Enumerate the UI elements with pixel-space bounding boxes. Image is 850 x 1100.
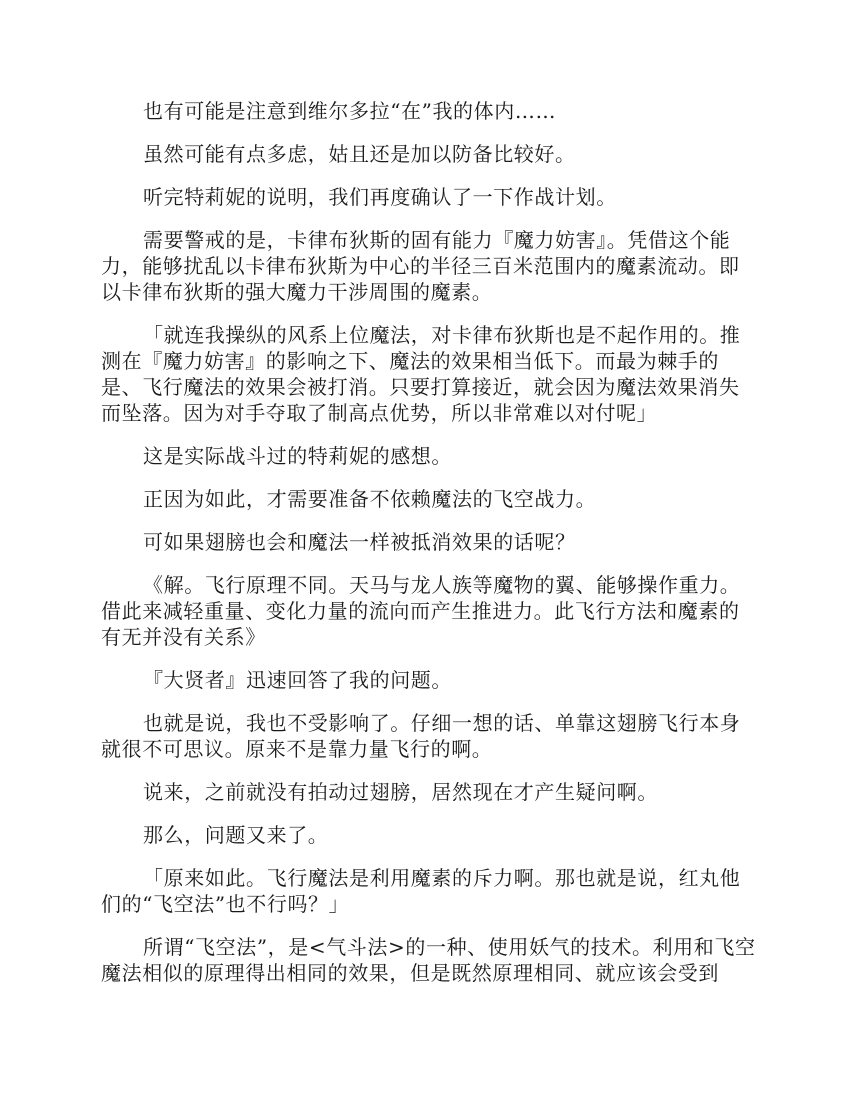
text-line: 也有可能是注意到维尔多拉“在”我的体内…… xyxy=(101,98,751,124)
paragraph: 正因为如此，才需要准备不依赖魔法的飞空战力。 xyxy=(101,486,751,512)
paragraph: 这是实际战斗过的特莉妮的感想。 xyxy=(101,443,751,469)
text-line: 《解。飞行原理不同。天马与龙人族等魔物的翼、能够操作重力。 xyxy=(101,572,751,598)
text-line: 而坠落。因为对手夺取了制高点优势，所以非常难以对付呢」 xyxy=(101,400,751,426)
paragraph: 「就连我操纵的风系上位魔法，对卡律布狄斯也是不起作用的。推 测在『魔力妨害』的影… xyxy=(101,322,751,426)
text-line: 就很不可思议。原来不是靠力量飞行的啊。 xyxy=(101,736,751,762)
text-line: 魔法相似的原理得出相同的效果，但是既然原理相同、就应该会受到 xyxy=(101,960,751,986)
text-line: 也就是说，我也不受影响了。仔细一想的话、单靠这翅膀飞行本身 xyxy=(101,710,751,736)
text-line: 虽然可能有点多虑，姑且还是加以防备比较好。 xyxy=(101,141,751,167)
text-line: 「就连我操纵的风系上位魔法，对卡律布狄斯也是不起作用的。推 xyxy=(101,322,751,348)
text-line: 正因为如此，才需要准备不依赖魔法的飞空战力。 xyxy=(101,486,751,512)
text-line: 需要警戒的是，卡律布狄斯的固有能力『魔力妨害』。凭借这个能 xyxy=(101,227,751,253)
text-line: 们的“飞空法”也不行吗？」 xyxy=(101,891,751,917)
paragraph: 那么，问题又来了。 xyxy=(101,822,751,848)
text-line: 所谓“飞空法”，是<气斗法>的一种、使用妖气的技术。利用和飞空 xyxy=(101,934,751,960)
paragraph: 说来，之前就没有拍动过翅膀，居然现在才产生疑问啊。 xyxy=(101,779,751,805)
paragraph: 《解。飞行原理不同。天马与龙人族等魔物的翼、能够操作重力。 借此来减轻重量、变化… xyxy=(101,572,751,650)
paragraph: 需要警戒的是，卡律布狄斯的固有能力『魔力妨害』。凭借这个能 力，能够扰乱以卡律布… xyxy=(101,227,751,305)
text-line: 测在『魔力妨害』的影响之下、魔法的效果相当低下。而最为棘手的 xyxy=(101,348,751,374)
text-line: 力，能够扰乱以卡律布狄斯为中心的半径三百米范围内的魔素流动。即 xyxy=(101,253,751,279)
paragraph: 也有可能是注意到维尔多拉“在”我的体内…… xyxy=(101,98,751,124)
text-line: 说来，之前就没有拍动过翅膀，居然现在才产生疑问啊。 xyxy=(101,779,751,805)
text-line: 听完特莉妮的说明，我们再度确认了一下作战计划。 xyxy=(101,184,751,210)
text-line: 这是实际战斗过的特莉妮的感想。 xyxy=(101,443,751,469)
paragraph: 可如果翅膀也会和魔法一样被抵消效果的话呢？ xyxy=(101,529,751,555)
paragraph: 也就是说，我也不受影响了。仔细一想的话、单靠这翅膀飞行本身 就很不可思议。原来不… xyxy=(101,710,751,762)
paragraph: 『大贤者』迅速回答了我的问题。 xyxy=(101,667,751,693)
text-line: 以卡律布狄斯的强大魔力干涉周围的魔素。 xyxy=(101,279,751,305)
paragraph: 虽然可能有点多虑，姑且还是加以防备比较好。 xyxy=(101,141,751,167)
paragraph: 听完特莉妮的说明，我们再度确认了一下作战计划。 xyxy=(101,184,751,210)
paragraph: 所谓“飞空法”，是<气斗法>的一种、使用妖气的技术。利用和飞空 魔法相似的原理得… xyxy=(101,934,751,986)
text-line: 有无并没有关系》 xyxy=(101,624,751,650)
text-line: 「原来如此。飞行魔法是利用魔素的斥力啊。那也就是说，红丸他 xyxy=(101,865,751,891)
text-line: 『大贤者』迅速回答了我的问题。 xyxy=(101,667,751,693)
paragraph: 「原来如此。飞行魔法是利用魔素的斥力啊。那也就是说，红丸他 们的“飞空法”也不行… xyxy=(101,865,751,917)
document-page: 也有可能是注意到维尔多拉“在”我的体内…… 虽然可能有点多虑，姑且还是加以防备比… xyxy=(101,98,751,1003)
text-line: 那么，问题又来了。 xyxy=(101,822,751,848)
text-line: 可如果翅膀也会和魔法一样被抵消效果的话呢？ xyxy=(101,529,751,555)
text-line: 借此来减轻重量、变化力量的流向而产生推进力。此飞行方法和魔素的 xyxy=(101,598,751,624)
text-line: 是、飞行魔法的效果会被打消。只要打算接近，就会因为魔法效果消失 xyxy=(101,374,751,400)
